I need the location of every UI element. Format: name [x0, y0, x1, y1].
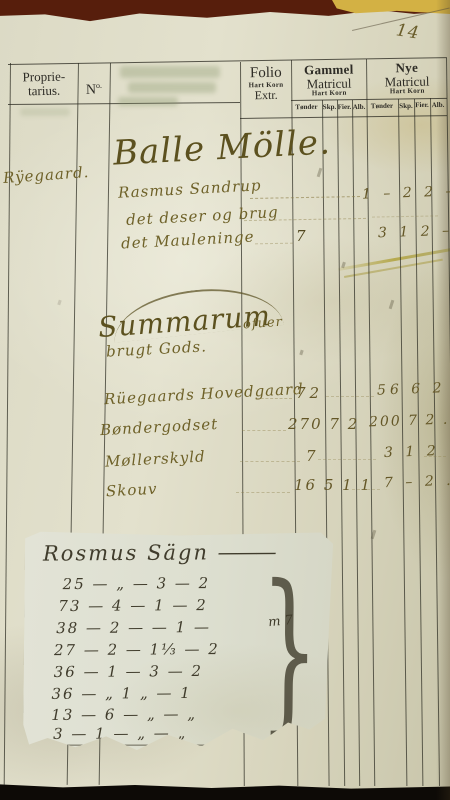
summary-row-text: Rüegaards Hovedgaard — [104, 380, 305, 408]
subcol-nye-fier: Fier. — [414, 102, 430, 110]
entry-row-nye-values: 1 – 2 2 – — [362, 183, 450, 202]
entry-row-gammel-values: 7 — [296, 227, 310, 245]
ink-showthrough — [20, 108, 70, 116]
note-figure-line: 36 — „ 1 „ — 1 — [51, 684, 191, 703]
summary-row-nye: 7 – 2 . — [384, 473, 450, 491]
gammel-line3: Hart Korn — [292, 90, 366, 99]
grid-line-v — [337, 100, 345, 786]
note-figure-line: 13 — 6 — „ — „ — [51, 705, 197, 724]
proprietarius-line1: Proprie- — [12, 69, 76, 84]
leader-dashes — [250, 196, 360, 199]
ink-speck — [57, 300, 61, 306]
note-title: Rosmus Sägn ——— — [43, 540, 275, 566]
column-header-no: No. — [80, 82, 108, 99]
summary-row-nye: 3 1 2 — [384, 443, 440, 461]
note-figure-line: 27 — 2 — 1⅓ — 2 — [54, 640, 220, 659]
summary-row-gammel: 16 5 1 1 — [294, 476, 372, 494]
summary-subtitle: brugt Gods. — [106, 337, 208, 360]
ink-showthrough — [128, 82, 216, 93]
leader-dashes — [240, 461, 300, 462]
nye-line3: Hart Korn — [368, 88, 446, 97]
column-header-proprietarius: Proprie- tarius. — [12, 69, 76, 97]
leader-dashes — [372, 215, 438, 217]
note-figure-line: 3 — 1 — „ — „ — [53, 724, 187, 743]
note-side-mark: m 7 — [268, 613, 294, 630]
subcol-gammel-alb: Alb. — [352, 104, 366, 112]
leader-dashes — [424, 456, 446, 457]
leader-dashes — [236, 492, 290, 493]
note-brace: } — [259, 562, 320, 739]
summary-row-text: Møllerskyld — [105, 447, 207, 470]
entry-row-nye-values: 3 1 2 – — [378, 223, 450, 242]
note-figure-line: 73 — 4 — 1 — 2 — [58, 596, 207, 615]
summary-row-nye: 200 7 2 . — [369, 412, 450, 431]
leader-dashes — [242, 430, 286, 431]
ink-speck — [299, 350, 303, 356]
summary-row-text: Skouv — [106, 480, 158, 501]
note-title-text: Rosmus Sägn — [43, 540, 209, 565]
summary-row-nye: 56 6 2 2 — [377, 379, 450, 398]
subcol-nye-skp: Skp. — [398, 103, 414, 111]
proprietarius-line2: tarius. — [12, 83, 76, 98]
leader-dashes — [318, 459, 376, 460]
grid-line-v — [352, 100, 360, 786]
ink-streak-faint — [344, 259, 443, 278]
note-total-rule — [29, 745, 255, 746]
summary-row-text: Bøndergodset — [100, 415, 219, 439]
subcol-gammel-fier: Fier. — [337, 104, 352, 112]
folio-line3: Extr. — [242, 89, 290, 102]
folio-line1: Folio — [242, 66, 290, 83]
no-label: N — [86, 83, 96, 98]
leader-dashes — [255, 243, 293, 245]
note-total: 268 — „ — 2 „ „ — [67, 746, 233, 767]
subcol-nye-alb: Alb. — [430, 102, 446, 110]
subcol-gammel-toender: Tønder — [291, 104, 322, 112]
entry-title: Balle Mölle. — [112, 122, 332, 173]
grid-line-v — [398, 99, 407, 786]
ink-showthrough — [118, 97, 178, 106]
subcol-gammel-skp: Skp. — [322, 104, 337, 112]
grid-line-v — [414, 99, 423, 786]
note-figure-line: 25 — „ — 3 — 2 — [63, 574, 211, 593]
subcol-nye-toender: Tønder — [366, 103, 398, 111]
summary-row-gammel: 270 7 2 — [288, 415, 359, 433]
leader-dashes — [352, 489, 380, 490]
ink-speck — [389, 300, 395, 309]
entry-row-text: det deser og brug — [126, 203, 279, 229]
summary-side-word: ofuer — [243, 315, 284, 333]
note-figure-line: 36 — 1 — 3 — 2 — [54, 662, 203, 681]
ledger-page-photo: 14 Proprie- tarius. No. Folio Hart Korn … — [0, 0, 450, 800]
summary-row-gammel: 72 — [296, 384, 323, 402]
note-figure-line: 38 — 2 — — 1 — — [56, 618, 211, 637]
ink-showthrough — [120, 66, 220, 78]
summary-row-gammel: 7 — [306, 447, 320, 465]
page-number: 14 — [395, 20, 421, 43]
leader-dashes — [326, 396, 374, 397]
no-superscript: o. — [96, 81, 102, 90]
pasted-note-slip: Rosmus Sägn ——— 25 — „ — 3 — 2 73 — 4 — … — [23, 529, 333, 756]
column-header-nye-matricul: Nye Matricul Hart Korn — [368, 60, 447, 96]
column-header-gammel-matricul: Gammel Matricul Hart Korn — [292, 62, 367, 98]
grid-line-h — [240, 115, 447, 119]
leader-dashes — [256, 398, 292, 399]
ink-speck — [317, 168, 323, 177]
entry-row-text: det Mauleninge — [121, 228, 255, 253]
column-header-folio: Folio Hart Korn Extr. — [242, 66, 291, 103]
